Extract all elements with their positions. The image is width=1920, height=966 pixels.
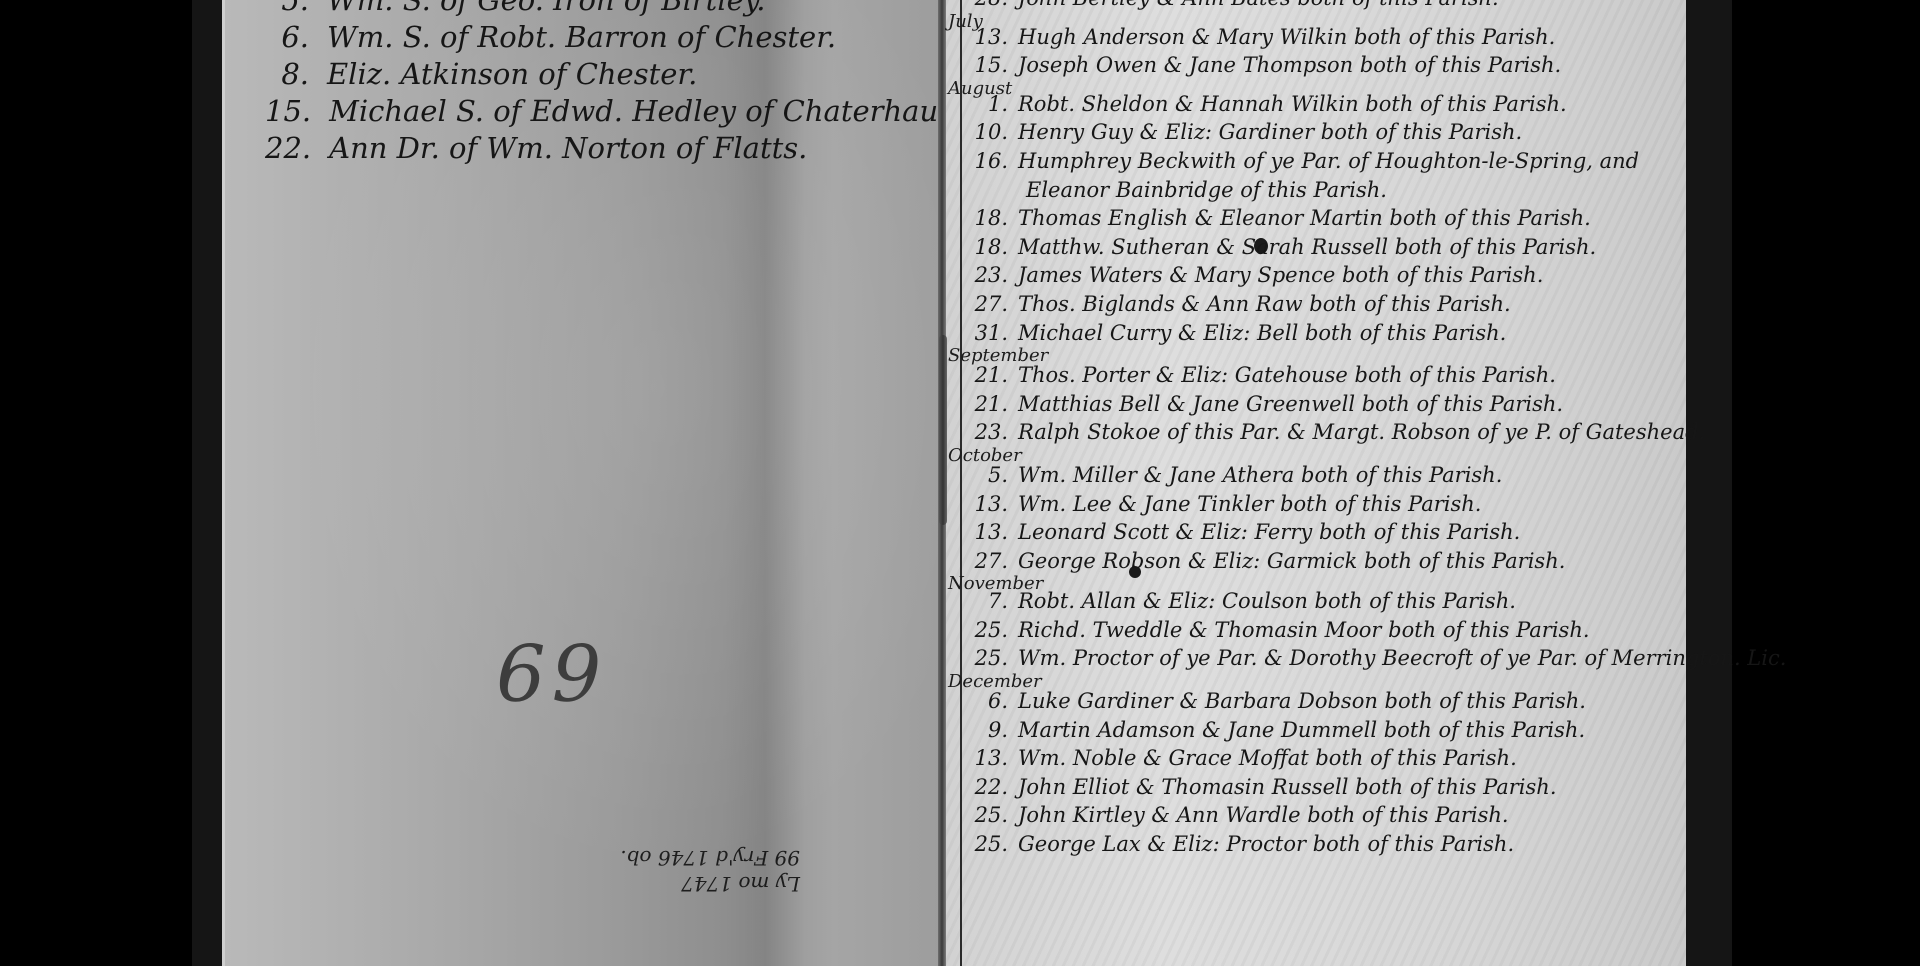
entry-line: 18.Matthw. Sutheran & Sarah Russell both… [968, 233, 1688, 262]
entry-line: 6.Wm. S. of Robt. Barron of Chester. [265, 19, 955, 56]
entry-line: 1.Robt. Sheldon & Hannah Wilkin both of … [968, 90, 1688, 119]
entry-text: Matthw. Sutheran & Sarah Russell both of… [1018, 235, 1596, 259]
entry-text: Eliz. Atkinson of Chester. [327, 57, 697, 91]
entry-line: 5.Wm. Miller & Jane Athera both of this … [968, 461, 1688, 490]
entry-text: Leonard Scott & Eliz: Ferry both of this… [1018, 520, 1520, 544]
entry-text: Robt. Sheldon & Hannah Wilkin both of th… [1018, 92, 1567, 116]
entry-text: Hugh Anderson & Mary Wilkin both of this… [1018, 25, 1555, 49]
entry-day: 25. [968, 644, 1008, 673]
entry-text: John Kirtley & Ann Wardle both of this P… [1018, 803, 1509, 827]
inverted-note: Ly mo 1747 99 Fry'd 1746 ob. [480, 845, 800, 897]
entry-line: 28.John Bertley & Ann Bates both of this… [968, 0, 1688, 13]
entry-line-continuation: Eleanor Bainbridge of this Parish. [968, 176, 1688, 205]
document-viewer: 5.Wm. S. of Geo. Iron of Birtley. 6.Wm. … [0, 0, 1920, 966]
entry-day: 7. [968, 587, 1008, 616]
entry-day: 23. [968, 261, 1008, 290]
entry-text: James Waters & Mary Spence both of this … [1018, 263, 1543, 287]
entry-day: 31. [968, 319, 1008, 348]
right-page: 28.John Bertley & Ann Bates both of this… [946, 0, 1686, 966]
entry-day: 9. [968, 716, 1008, 745]
entry-line: 27.Thos. Biglands & Ann Raw both of this… [968, 290, 1688, 319]
left-page-entries: 5.Wm. S. of Geo. Iron of Birtley. 6.Wm. … [265, 0, 955, 167]
entry-day: 13. [968, 490, 1008, 519]
entry-line: 13.Wm. Noble & Grace Moffat both of this… [968, 744, 1688, 773]
entry-line: 7.Robt. Allan & Eliz: Coulson both of th… [968, 587, 1688, 616]
entry-day: 16. [968, 147, 1008, 176]
entry-day: 13. [968, 518, 1008, 547]
entry-day: 22. [968, 773, 1008, 802]
entry-text: Matthias Bell & Jane Greenwell both of t… [1018, 392, 1563, 416]
entry-text: Robt. Allan & Eliz: Coulson both of this… [1018, 589, 1516, 613]
binding-thread [939, 335, 947, 525]
entry-line: 21.Matthias Bell & Jane Greenwell both o… [968, 390, 1688, 419]
entry-text: George Robson & Eliz: Garmick both of th… [1018, 549, 1565, 573]
inverted-note-line: Ly mo 1747 [480, 871, 800, 897]
entry-line: 18.Thomas English & Eleanor Martin both … [968, 204, 1688, 233]
entry-text: Michael Curry & Eliz: Bell both of this … [1018, 321, 1506, 345]
entry-day: 15. [265, 93, 311, 130]
entry-line: 31.Michael Curry & Eliz: Bell both of th… [968, 319, 1688, 348]
entry-line: 5.Wm. S. of Geo. Iron of Birtley. [265, 0, 955, 19]
entry-line: 15.Michael S. of Edwd. Hedley of Chaterh… [265, 93, 955, 130]
entry-line: 8.Eliz. Atkinson of Chester. [265, 56, 955, 93]
entry-day: 27. [968, 290, 1008, 319]
entry-text: George Lax & Eliz: Proctor both of this … [1018, 832, 1514, 856]
entry-line: 13.Hugh Anderson & Mary Wilkin both of t… [968, 23, 1688, 52]
entry-day: 25. [968, 616, 1008, 645]
entry-day: 18. [968, 204, 1008, 233]
right-page-entries: 28.John Bertley & Ann Bates both of this… [968, 0, 1688, 859]
entry-text: Ralph Stokoe of this Par. & Margt. Robso… [1018, 420, 1705, 444]
margin-rule [960, 0, 962, 966]
entry-line: 10.Henry Guy & Eliz: Gardiner both of th… [968, 118, 1688, 147]
entry-line: 9.Martin Adamson & Jane Dummell both of … [968, 716, 1688, 745]
entry-line: 15.Joseph Owen & Jane Thompson both of t… [968, 51, 1688, 80]
entry-text: Michael S. of Edwd. Hedley of Chaterhaug… [329, 94, 984, 128]
entry-day: 23. [968, 418, 1008, 447]
entry-text: Henry Guy & Eliz: Gardiner both of this … [1018, 120, 1522, 144]
entry-day: 21. [968, 390, 1008, 419]
entry-day: 18. [968, 233, 1008, 262]
entry-day: 5. [968, 461, 1008, 490]
entry-text: Wm. S. of Robt. Barron of Chester. [327, 20, 836, 54]
entry-line: 27.George Robson & Eliz: Garmick both of… [968, 547, 1688, 576]
entry-line: 22.Ann Dr. of Wm. Norton of Flatts. [265, 130, 955, 167]
entry-day: 28. [968, 0, 1008, 13]
entry-day: 6. [265, 19, 309, 56]
register-scan: 5.Wm. S. of Geo. Iron of Birtley. 6.Wm. … [192, 0, 1732, 966]
entry-day: 13. [968, 23, 1008, 52]
entry-day: 13. [968, 744, 1008, 773]
entry-line: 13.Wm. Lee & Jane Tinkler both of this P… [968, 490, 1688, 519]
entry-line: 22.John Elliot & Thomasin Russell both o… [968, 773, 1688, 802]
entry-text: Wm. S. of Geo. Iron of Birtley. [327, 0, 766, 17]
entry-text: Martin Adamson & Jane Dummell both of th… [1018, 718, 1585, 742]
entry-line: 25.George Lax & Eliz: Proctor both of th… [968, 830, 1688, 859]
entry-text: Thos. Porter & Eliz: Gatehouse both of t… [1018, 363, 1556, 387]
left-page: 5.Wm. S. of Geo. Iron of Birtley. 6.Wm. … [222, 0, 941, 966]
entry-text: Ann Dr. of Wm. Norton of Flatts. [329, 131, 807, 165]
entry-line: 21.Thos. Porter & Eliz: Gatehouse both o… [968, 361, 1688, 390]
entry-text: Thos. Biglands & Ann Raw both of this Pa… [1018, 292, 1511, 316]
entry-text: Wm. Noble & Grace Moffat both of this Pa… [1018, 746, 1517, 770]
entry-day: 25. [968, 830, 1008, 859]
entry-day: 6. [968, 687, 1008, 716]
entry-text: Joseph Owen & Jane Thompson both of this… [1018, 53, 1561, 77]
entry-line: 23.Ralph Stokoe of this Par. & Margt. Ro… [968, 418, 1688, 447]
entry-text: Luke Gardiner & Barbara Dobson both of t… [1018, 689, 1586, 713]
entry-text: Wm. Proctor of ye Par. & Dorothy Beecrof… [1018, 646, 1786, 670]
entry-line: 25.John Kirtley & Ann Wardle both of thi… [968, 801, 1688, 830]
inverted-note-line: 99 Fry'd 1746 ob. [480, 845, 800, 871]
folio-number: 69 [490, 625, 601, 715]
entry-day: 25. [968, 801, 1008, 830]
entry-line: 16.Humphrey Beckwith of ye Par. of Hough… [968, 147, 1688, 176]
entry-line: 13.Leonard Scott & Eliz: Ferry both of t… [968, 518, 1688, 547]
entry-day: 15. [968, 51, 1008, 80]
entry-line: 6.Luke Gardiner & Barbara Dobson both of… [968, 687, 1688, 716]
entry-day: 27. [968, 547, 1008, 576]
entry-text: Eleanor Bainbridge of this Parish. [1026, 178, 1387, 202]
entry-day: 22. [265, 130, 311, 167]
entry-line: 25.Wm. Proctor of ye Par. & Dorothy Beec… [968, 644, 1688, 673]
entry-line: 23.James Waters & Mary Spence both of th… [968, 261, 1688, 290]
entry-text: Wm. Lee & Jane Tinkler both of this Pari… [1018, 492, 1481, 516]
entry-text: John Bertley & Ann Bates both of this Pa… [1018, 0, 1499, 10]
entry-day: 21. [968, 361, 1008, 390]
entry-text: Thomas English & Eleanor Martin both of … [1018, 206, 1591, 230]
entry-day: 8. [265, 56, 309, 93]
entry-day: 10. [968, 118, 1008, 147]
entry-day: 5. [265, 0, 309, 19]
entry-line: 25.Richd. Tweddle & Thomasin Moor both o… [968, 616, 1688, 645]
entry-text: Humphrey Beckwith of ye Par. of Houghton… [1018, 149, 1639, 173]
entry-text: John Elliot & Thomasin Russell both of t… [1018, 775, 1557, 799]
entry-day: 1. [968, 90, 1008, 119]
entry-text: Richd. Tweddle & Thomasin Moor both of t… [1018, 618, 1590, 642]
entry-text: Wm. Miller & Jane Athera both of this Pa… [1018, 463, 1502, 487]
